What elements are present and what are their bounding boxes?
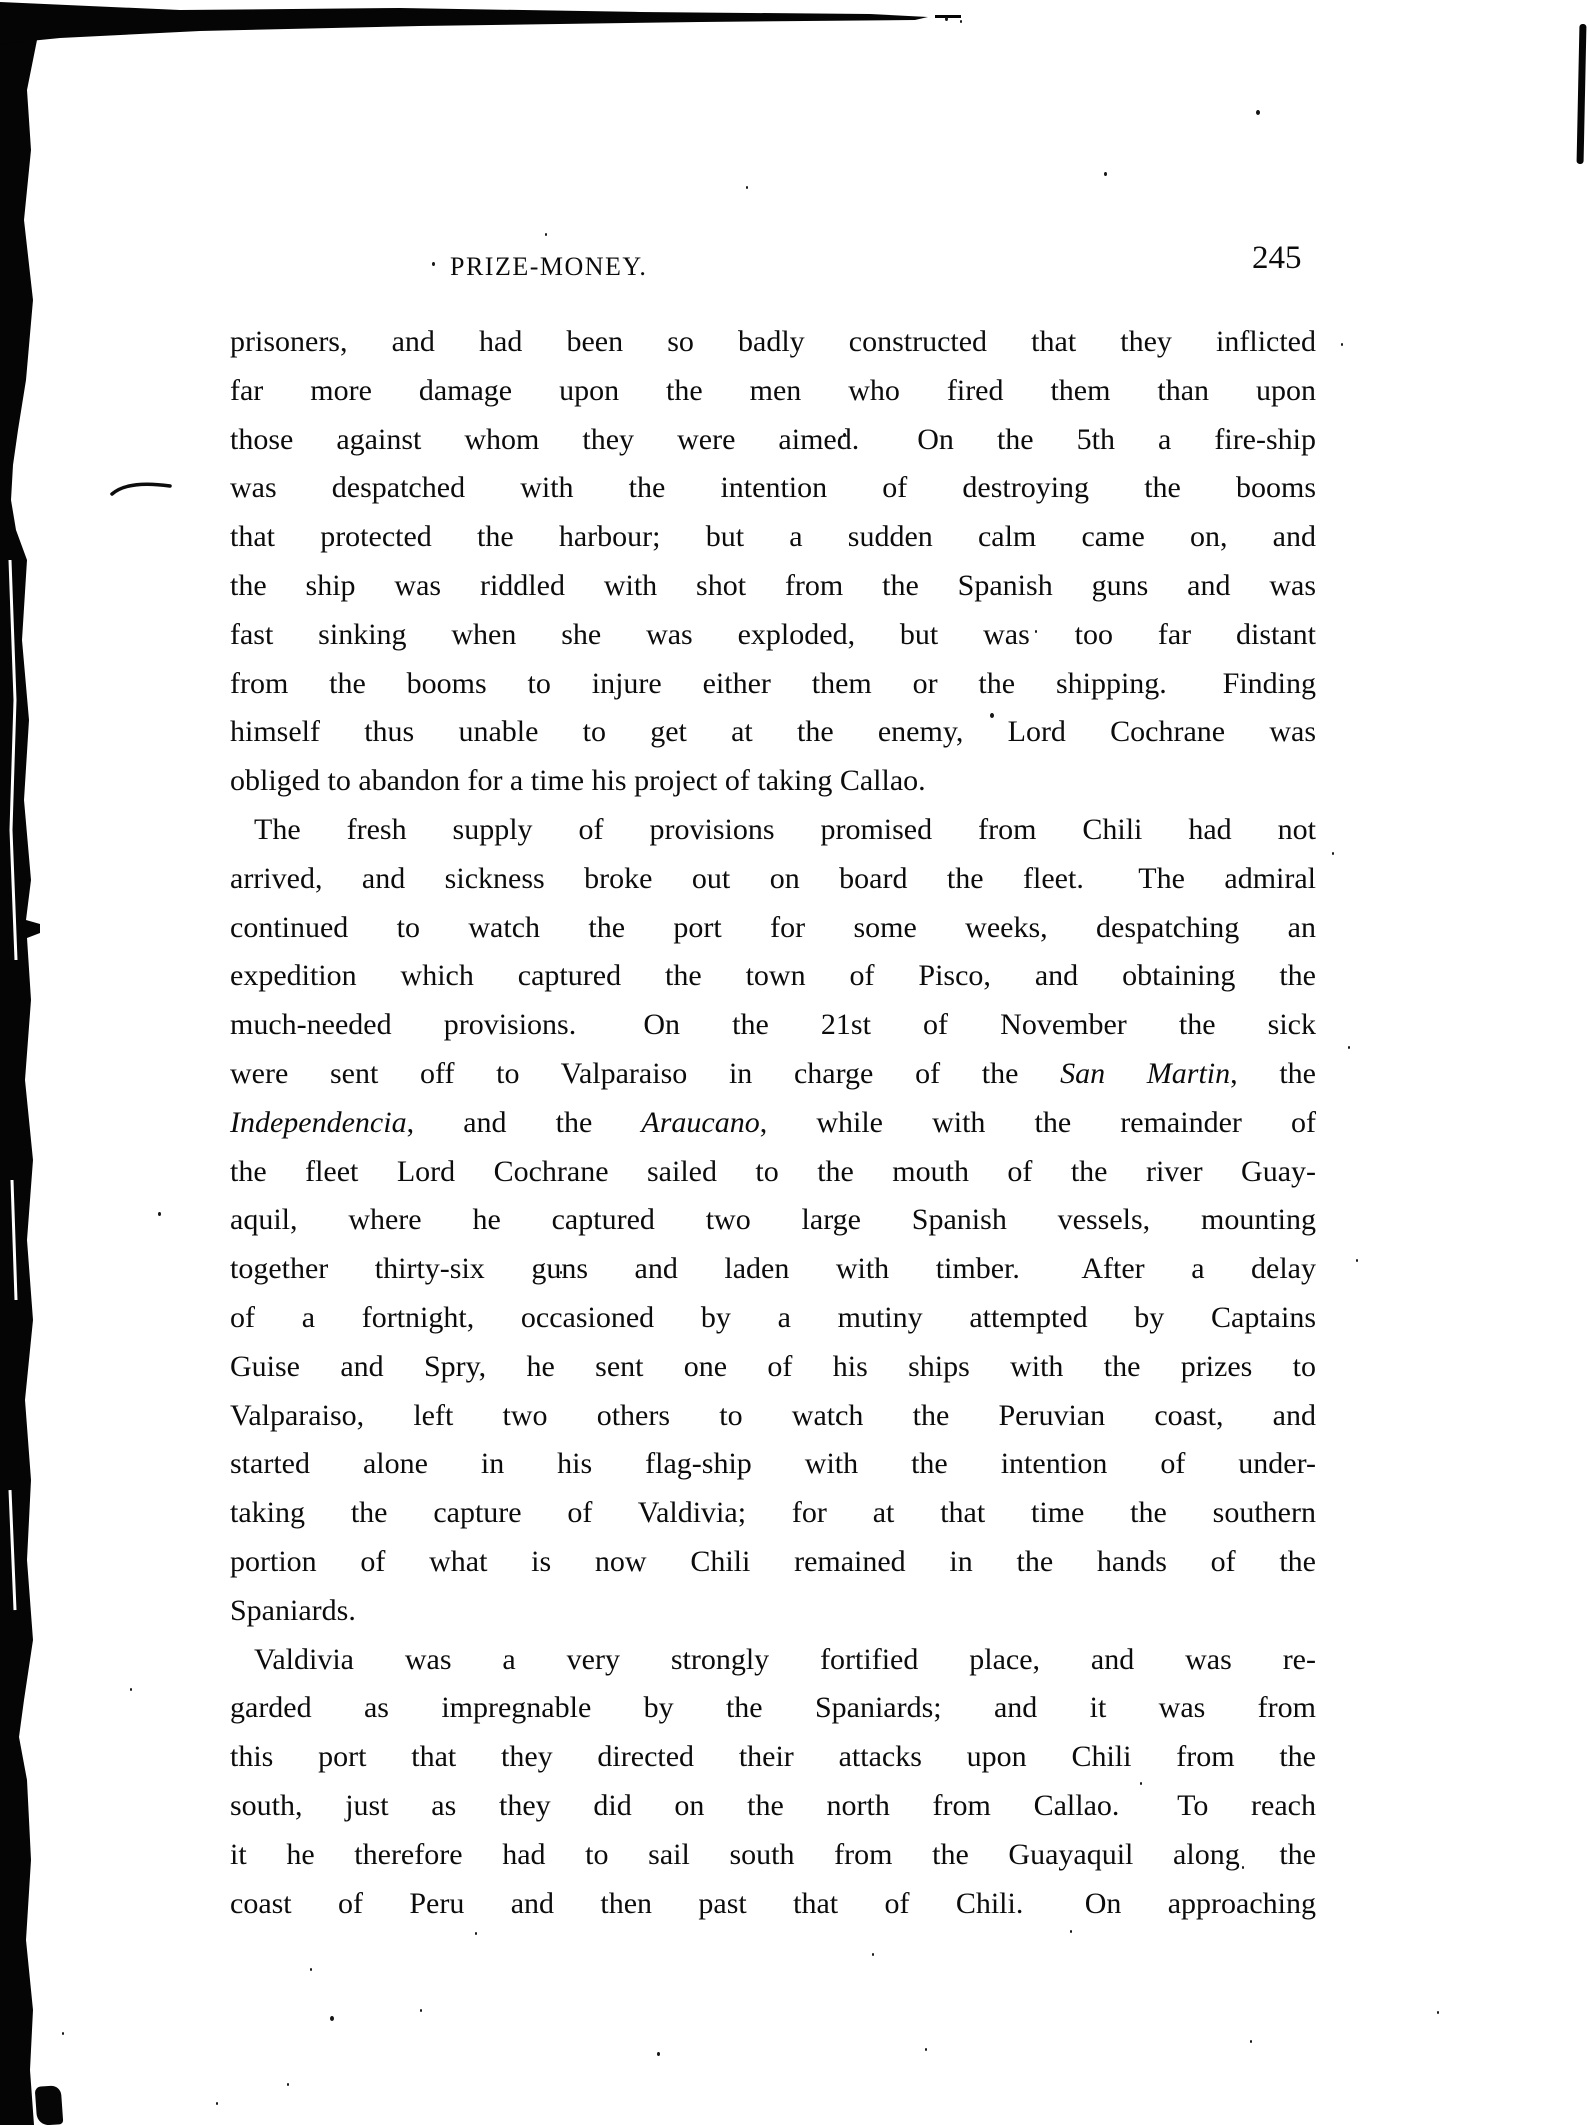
text-line: Spaniards. [230,1587,1316,1636]
scan-speck [1256,110,1260,115]
text-line: continued to watch the port for some wee… [230,904,1316,953]
text-line: far more damage upon the men who fired t… [230,367,1316,416]
text-line: coast of Peru and then past that of Chil… [230,1880,1316,1929]
text-line: that protected the harbour; but a sudden… [230,513,1316,562]
text-line: taking the capture of Valdivia; for at t… [230,1489,1316,1538]
scan-speck [1070,1930,1072,1933]
text-line: arrived, and sickness broke out on board… [230,855,1316,904]
text-line: prisoners, and had been so badly constru… [230,318,1316,367]
paragraph: Valdivia was a very strongly fortified p… [230,1636,1316,1929]
scan-speck [475,1932,477,1935]
scan-artifact-right-sliver [1577,24,1587,164]
scan-speck [130,1688,132,1691]
text-line: Valdivia was a very strongly fortified p… [230,1636,1316,1685]
text-line: much-needed provisions. On the 21st of N… [230,1001,1316,1050]
text-line: it he therefore had to sail south from t… [230,1831,1316,1880]
page-number: 245 [1252,240,1322,277]
scan-speck [420,2009,422,2012]
text-line: portion of what is now Chili remained in… [230,1538,1316,1587]
scan-speck [960,20,962,23]
running-header-title: PRIZE-MONEY. [450,252,647,282]
text-line: from the booms to injure either them or … [230,660,1316,709]
text-line: the ship was riddled with shot from the … [230,562,1316,611]
scan-speck [872,1953,874,1956]
scan-speck [945,17,948,21]
text-line: together thirty-six guns and laden with … [230,1245,1316,1294]
scan-speck [310,1968,312,1971]
scan-artifact-corner-blob [35,2085,64,2125]
text-line: Independencia, and the Araucano, while w… [230,1099,1316,1148]
scan-speck [1437,2011,1439,2014]
text-line: started alone in his flag-ship with the … [230,1440,1316,1489]
text-line: of a fortnight, occasioned by a mutiny a… [230,1294,1316,1343]
text-line: The fresh supply of provisions promised … [230,806,1316,855]
text-line: obliged to abandon for a time his projec… [230,757,1316,806]
text-line: were sent off to Valparaiso in charge of… [230,1050,1316,1099]
scan-artifact-top-bar [0,0,1589,60]
scan-speck [925,2048,927,2051]
page-text: prisoners, and had been so badly constru… [230,318,1316,1928]
text-line: this port that they directed their attac… [230,1733,1316,1782]
text-line: south, just as they did on the north fro… [230,1782,1316,1831]
scan-speck [545,233,547,236]
scan-speck [158,1212,161,1216]
scan-speck [1356,1259,1358,1262]
scan-speck [657,2052,660,2056]
text-line: himself thus unable to get at the enemy,… [230,708,1316,757]
scan-speck [216,2102,218,2105]
paragraph: prisoners, and had been so badly constru… [230,318,1316,806]
text-line: was despatched with the intention of des… [230,464,1316,513]
scan-artifact-binding-edge [0,0,60,2125]
scan-speck [1348,1046,1350,1049]
scan-speck [1104,172,1107,176]
text-line: aquil, where he captured two large Spani… [230,1196,1316,1245]
scan-speck [432,262,435,266]
text-line: fast sinking when she was exploded, but … [230,611,1316,660]
scan-speck [1250,2040,1252,2043]
text-line: expedition which captured the town of Pi… [230,952,1316,1001]
paragraph: The fresh supply of provisions promised … [230,806,1316,1636]
scan-speck [62,2032,64,2035]
scan-speck [330,2016,334,2021]
scan-speck [1332,852,1334,855]
scan-speck [287,2083,289,2086]
scan-speck [746,186,748,189]
book-page: PRIZE-MONEY. 245 prisoners, and had been… [0,0,1589,2125]
scan-speck [1341,343,1343,346]
text-line: garded as impregnable by the Spaniards; … [230,1684,1316,1733]
text-line: Valparaiso, left two others to watch the… [230,1392,1316,1441]
text-line: Guise and Spry, he sent one of his ships… [230,1343,1316,1392]
text-line: those against whom they were aimed. On t… [230,416,1316,465]
text-line: the fleet Lord Cochrane sailed to the mo… [230,1148,1316,1197]
